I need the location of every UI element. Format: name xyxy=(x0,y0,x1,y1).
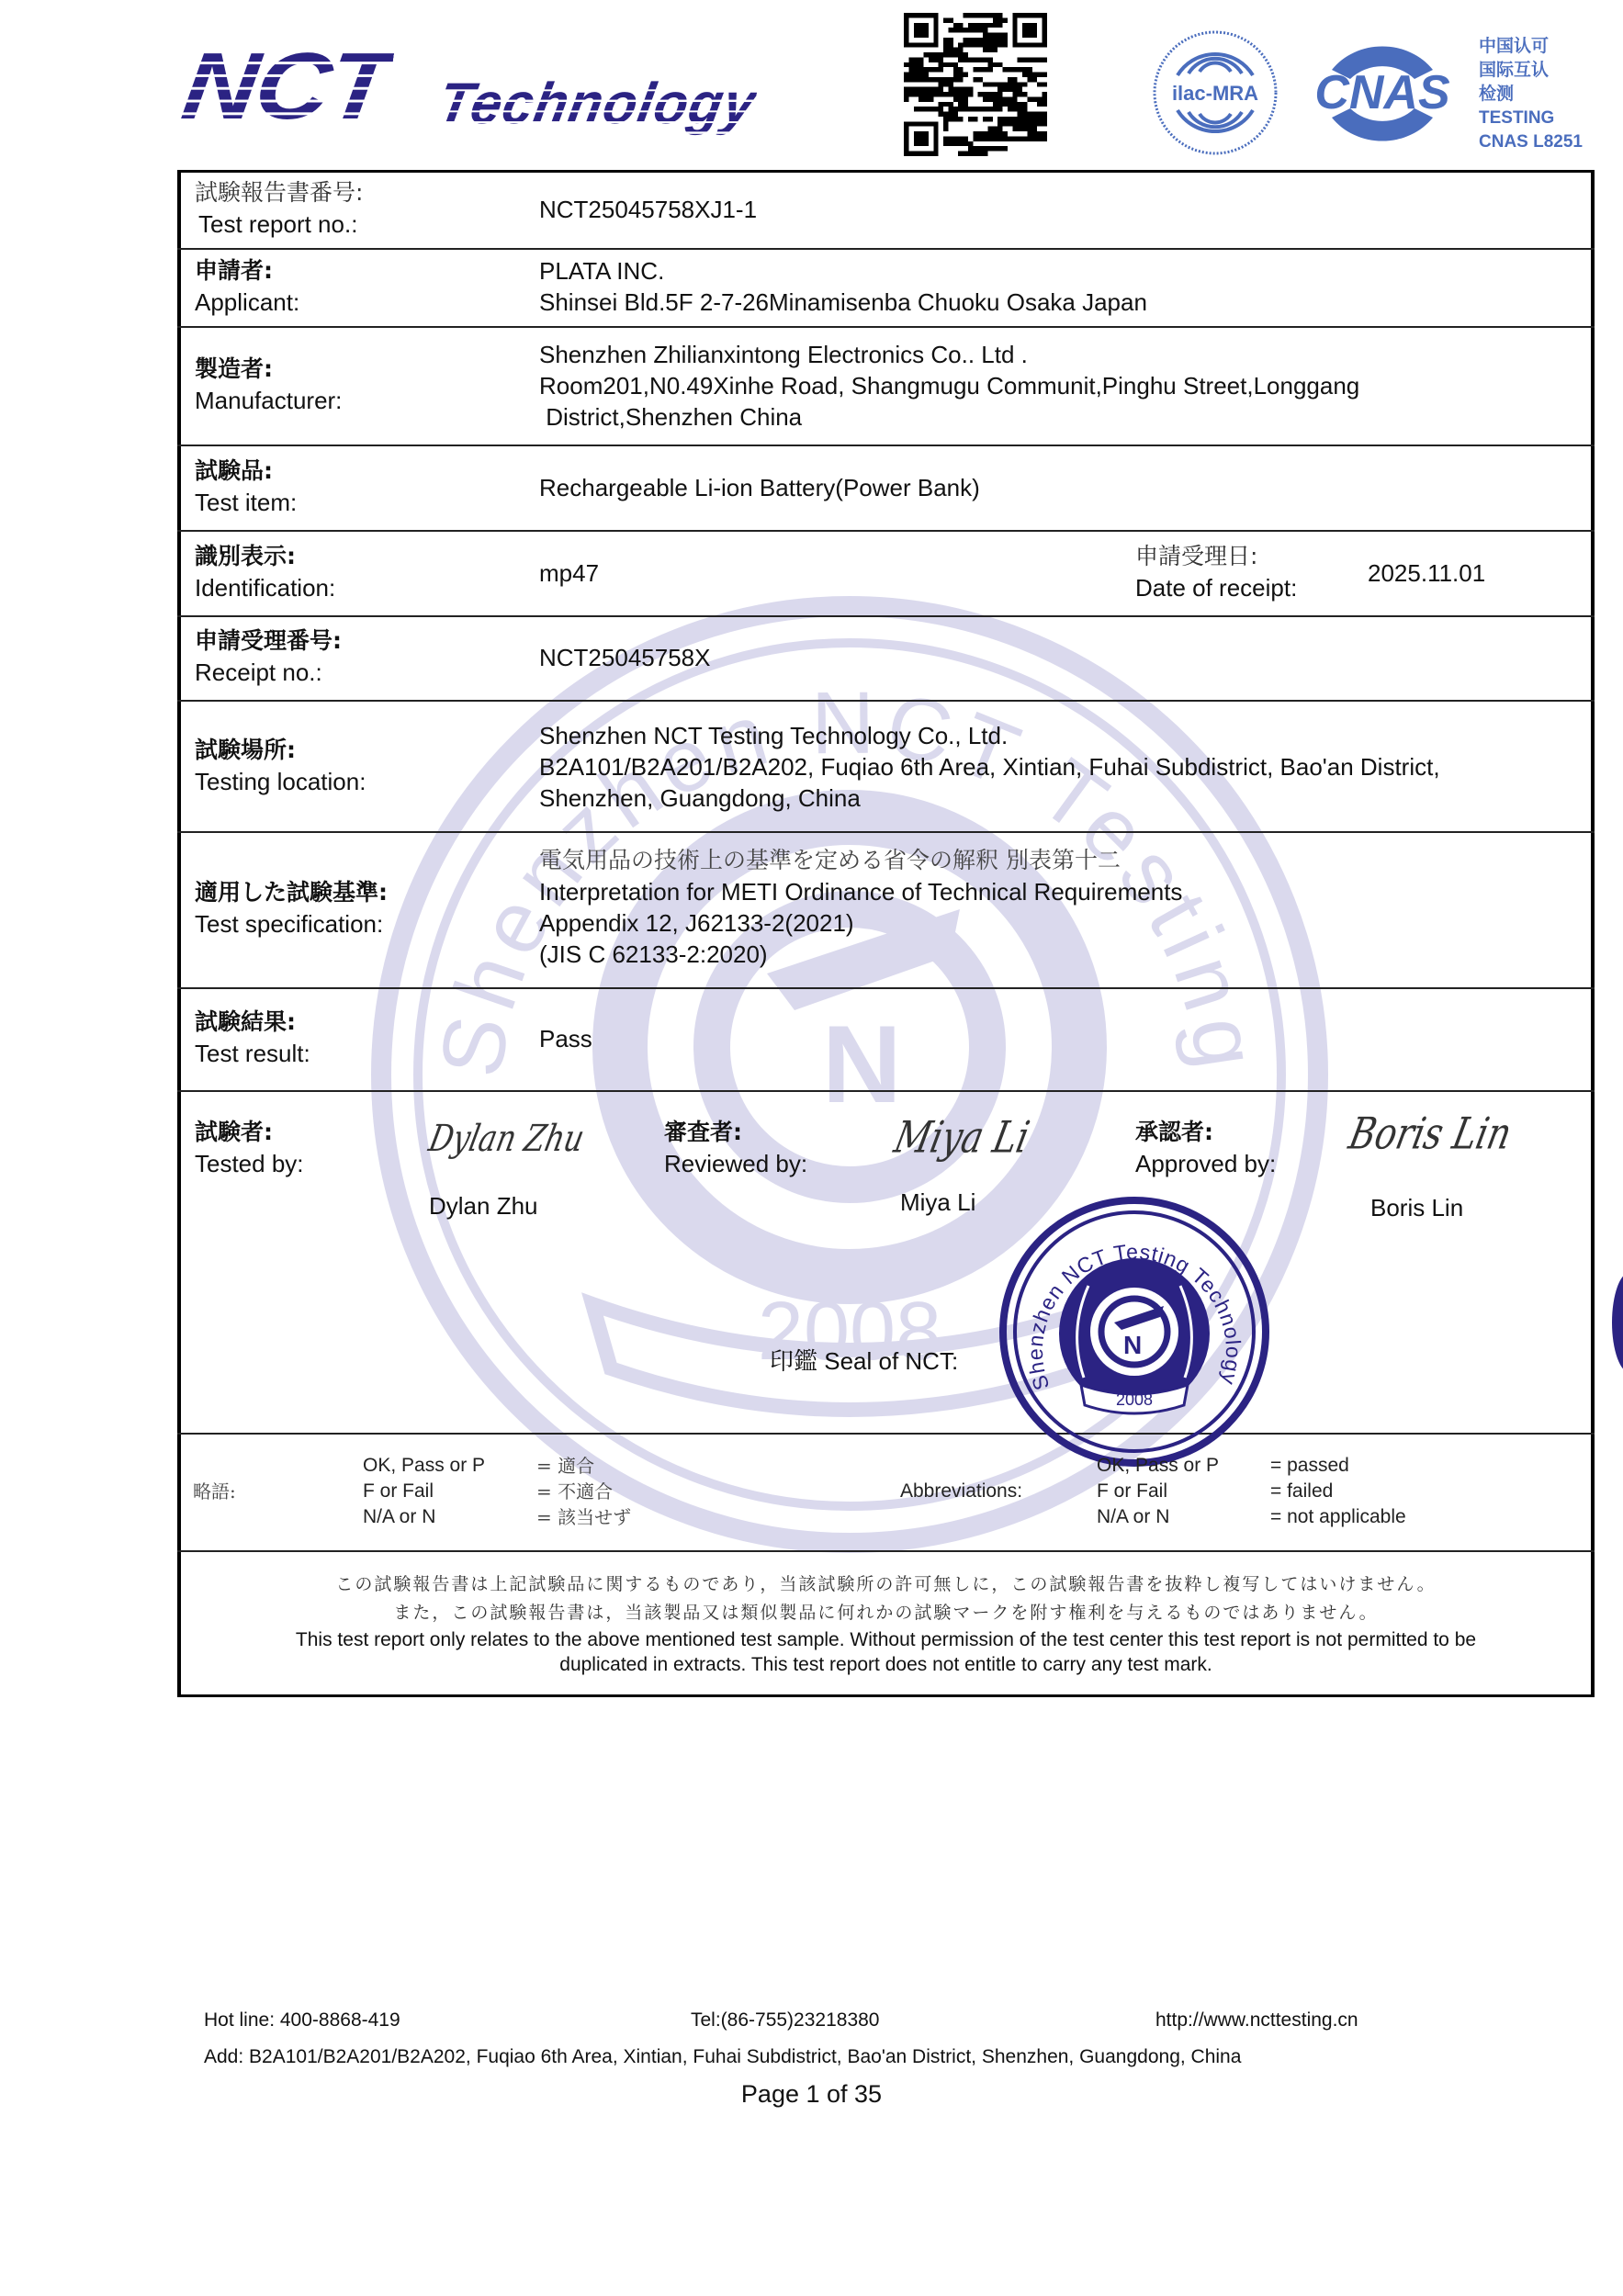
cnas-text-line: 国际互认 xyxy=(1479,59,1583,83)
cnas-text-line: CNAS L8251 xyxy=(1479,130,1583,154)
identification-label: 識別表示: Identification: xyxy=(195,541,335,603)
cnas-text-line: 检测 xyxy=(1479,83,1583,107)
disclaimer-jp-2: また，この試験報告書は，当該製品又は類似製品に何れかの試験マークを附す権利を与え… xyxy=(177,1599,1595,1627)
abbr-code: N/A or N xyxy=(1097,1504,1219,1530)
label-jp: 試験報告書番号: xyxy=(195,177,363,208)
footer-address: Add: B2A101/B2A201/B2A202, Fuqiao 6th Ar… xyxy=(204,2046,1241,2068)
row-divider xyxy=(177,1090,1595,1092)
testing-lab-address-2: Shenzhen, Guangdong, China xyxy=(539,782,1440,814)
reviewed-by-signature: Miya Li xyxy=(890,1112,1033,1163)
spec-jp: 電気用品の技術上の基準を定める省令の解釈 別表第十二 xyxy=(539,845,1182,876)
label-jp: 試験品: xyxy=(195,456,297,487)
label-jp: 試験場所: xyxy=(195,735,366,766)
label-en: Test report no.: xyxy=(195,208,363,240)
abbr-label-jp-text: 略語: xyxy=(193,1480,236,1503)
applicant-value: PLATA INC. Shinsei Bld.5F 2-7-26Minamise… xyxy=(539,255,1147,318)
date-of-receipt-label: 申請受理日: Date of receipt: xyxy=(1135,541,1297,603)
receipt-no-label: 申請受理番号: Receipt no.: xyxy=(195,625,342,688)
label-en: Receipt no.: xyxy=(195,657,342,688)
abbreviations-codes-en: OK, Pass or P F or Fail N/A or N xyxy=(1097,1453,1219,1530)
label-en: Reviewed by: xyxy=(664,1148,807,1179)
label-jp: 識別表示: xyxy=(195,541,335,572)
receipt-no-value: NCT25045758X xyxy=(539,642,710,673)
label-jp: 申請受理日: xyxy=(1135,541,1297,572)
footer-hotline: Hot line: 400-8868-419 xyxy=(204,2009,400,2032)
abbr-meaning-en: = not applicable xyxy=(1270,1504,1406,1530)
label-jp: 適用した試験基準: xyxy=(195,877,388,908)
row-divider xyxy=(177,700,1595,702)
abbr-meaning-en: = failed xyxy=(1270,1479,1406,1504)
abbr-code: F or Fail xyxy=(1097,1479,1219,1504)
svg-text:N: N xyxy=(1123,1331,1142,1359)
cnas-logo-icon: CNAS xyxy=(1304,33,1460,154)
row-divider xyxy=(177,248,1595,250)
abbr-meaning-en: = passed xyxy=(1270,1453,1406,1479)
abbr-code: F or Fail xyxy=(363,1479,485,1504)
abbreviations-codes-jp: OK, Pass or P F or Fail N/A or N xyxy=(363,1453,485,1530)
label-en: Testing location: xyxy=(195,766,366,797)
test-item-label: 試験品: Test item: xyxy=(195,456,297,518)
label-jp: 審査者: xyxy=(664,1117,807,1148)
row-divider xyxy=(177,1550,1595,1552)
manufacturer-label: 製造者: Manufacturer: xyxy=(195,354,342,416)
row-divider xyxy=(177,445,1595,446)
svg-text:CNAS: CNAS xyxy=(1314,66,1450,119)
applicant-name: PLATA INC. xyxy=(539,255,1147,287)
nct-logo-technology: Technology xyxy=(434,70,761,136)
cnas-accreditation-text: 中国认可 国际互认 检测 TESTING CNAS L8251 xyxy=(1479,35,1583,154)
abbr-code: N/A or N xyxy=(363,1504,485,1530)
cnas-text-line: 中国认可 xyxy=(1479,35,1583,59)
test-specification-value: 電気用品の技術上の基準を定める省令の解釈 別表第十二 Interpretatio… xyxy=(539,845,1182,970)
tested-by-label: 試験者: Tested by: xyxy=(195,1117,304,1179)
abbr-code: OK, Pass or P xyxy=(363,1453,485,1479)
testing-location-label: 試験場所: Testing location: xyxy=(195,735,366,797)
abbreviations-label-en: Abbreviations: xyxy=(900,1479,1022,1504)
label-en: Test specification: xyxy=(195,908,388,940)
abbr-meaning-jp: = 不適合 xyxy=(536,1479,631,1504)
abbreviations-meanings-jp: = 適合 = 不適合 = 該当せず xyxy=(536,1453,631,1530)
label-en: Applicant: xyxy=(195,287,299,318)
cnas-text-line: TESTING xyxy=(1479,107,1583,130)
label-en: Identification: xyxy=(195,572,335,603)
test-report-no-label: 試験報告書番号: Test report no.: xyxy=(195,177,363,240)
label-en: Approved by: xyxy=(1135,1148,1276,1179)
ilac-text: ilac-MRA xyxy=(1172,82,1258,105)
row-divider xyxy=(177,1433,1595,1435)
testing-lab-address-1: B2A101/B2A201/B2A202, Fuqiao 6th Area, X… xyxy=(539,751,1440,782)
nct-logo: NCT xyxy=(177,39,397,133)
approved-by-name: Boris Lin xyxy=(1370,1194,1463,1222)
label-jp: 承認者: xyxy=(1135,1117,1276,1148)
row-divider xyxy=(177,615,1595,617)
manufacturer-address-1: Room201,N0.49Xinhe Road, Shangmugu Commu… xyxy=(539,370,1359,401)
testing-location-value: Shenzhen NCT Testing Technology Co., Ltd… xyxy=(539,720,1440,814)
nct-official-seal-icon: Shenzhen NCT Testing Technology Co.,Ltd.… xyxy=(997,1194,1272,1469)
testing-lab-name: Shenzhen NCT Testing Technology Co., Ltd… xyxy=(539,720,1440,751)
label-en: Test item: xyxy=(195,487,297,518)
label-en: Tested by: xyxy=(195,1148,304,1179)
abbr-meaning-jp: = 該当せず xyxy=(536,1504,631,1530)
identification-value: mp47 xyxy=(539,557,599,589)
label-jp: 試験結果: xyxy=(195,1007,310,1038)
label-en: Date of receipt: xyxy=(1135,572,1297,603)
reviewed-by-name: Miya Li xyxy=(900,1188,975,1217)
row-divider xyxy=(177,987,1595,989)
disclaimer-en-1: This test report only relates to the abo… xyxy=(177,1627,1595,1652)
footer-website-link[interactable]: http://www.ncttesting.cn xyxy=(1155,2009,1358,2032)
reviewed-by-label: 審査者: Reviewed by: xyxy=(664,1117,807,1179)
disclaimer-en-2: duplicated in extracts. This test report… xyxy=(177,1652,1595,1677)
tested-by-name: Dylan Zhu xyxy=(429,1192,538,1221)
row-divider xyxy=(177,530,1595,532)
ilac-mra-logo-icon: ilac-MRA xyxy=(1150,28,1280,158)
label-jp: 申請受理番号: xyxy=(195,625,342,657)
footer-tel: Tel:(86-755)23218380 xyxy=(691,2009,880,2032)
test-result-value: Pass xyxy=(539,1023,592,1054)
seal-label-text: 印鑑 Seal of NCT: xyxy=(770,1347,958,1375)
applicant-label: 申請者: Applicant: xyxy=(195,255,299,318)
row-divider xyxy=(177,831,1595,833)
test-result-label: 試験結果: Test result: xyxy=(195,1007,310,1069)
abbreviations-label-jp: 略語: xyxy=(193,1479,236,1505)
manufacturer-address-2: District,Shenzhen China xyxy=(539,401,1359,433)
approved-by-label: 承認者: Approved by: xyxy=(1135,1117,1276,1179)
tested-by-signature: Dylan Zhu xyxy=(425,1116,588,1160)
seal-year: 2008 xyxy=(1116,1390,1153,1409)
label-jp: 製造者: xyxy=(195,354,342,385)
spec-line-2: Appendix 12, J62133-2(2021) xyxy=(539,907,1182,939)
test-item-value: Rechargeable Li-ion Battery(Power Bank) xyxy=(539,472,980,503)
label-jp: 申請者: xyxy=(195,255,299,287)
abbreviations-meanings-en: = passed = failed = not applicable xyxy=(1270,1453,1406,1530)
abbr-meaning-jp: = 適合 xyxy=(536,1453,631,1479)
page-number: Page 1 of 35 xyxy=(0,2080,1623,2109)
disclaimer: この試験報告書は上記試験品に関するものであり，当該試験所の許可無しに，この試験報… xyxy=(177,1570,1595,1677)
seal-label: 印鑑 Seal of NCT: xyxy=(770,1345,958,1377)
label-en: Manufacturer: xyxy=(195,385,342,416)
test-specification-label: 適用した試験基準: Test specification: xyxy=(195,877,388,940)
row-divider xyxy=(177,326,1595,328)
spec-line-1: Interpretation for METI Ordinance of Tec… xyxy=(539,876,1182,907)
applicant-address: Shinsei Bld.5F 2-7-26Minamisenba Chuoku … xyxy=(539,287,1147,318)
abbr-code: OK, Pass or P xyxy=(1097,1453,1219,1479)
disclaimer-jp-1: この試験報告書は上記試験品に関するものであり，当該試験所の許可無しに，この試験報… xyxy=(177,1570,1595,1599)
approved-by-signature: Boris Lin xyxy=(1345,1109,1516,1159)
label-en: Test result: xyxy=(195,1038,310,1069)
label-jp: 試験者: xyxy=(195,1117,304,1148)
test-report-no-value: NCT25045758XJ1-1 xyxy=(539,194,757,225)
qr-code-icon xyxy=(904,13,1047,156)
adjacent-seal-edge-icon xyxy=(1612,1272,1623,1373)
manufacturer-name: Shenzhen Zhilianxintong Electronics Co..… xyxy=(539,339,1359,370)
manufacturer-value: Shenzhen Zhilianxintong Electronics Co..… xyxy=(539,339,1359,433)
date-of-receipt-value: 2025.11.01 xyxy=(1368,557,1485,589)
spec-line-3: (JIS C 62133-2:2020) xyxy=(539,939,1182,970)
